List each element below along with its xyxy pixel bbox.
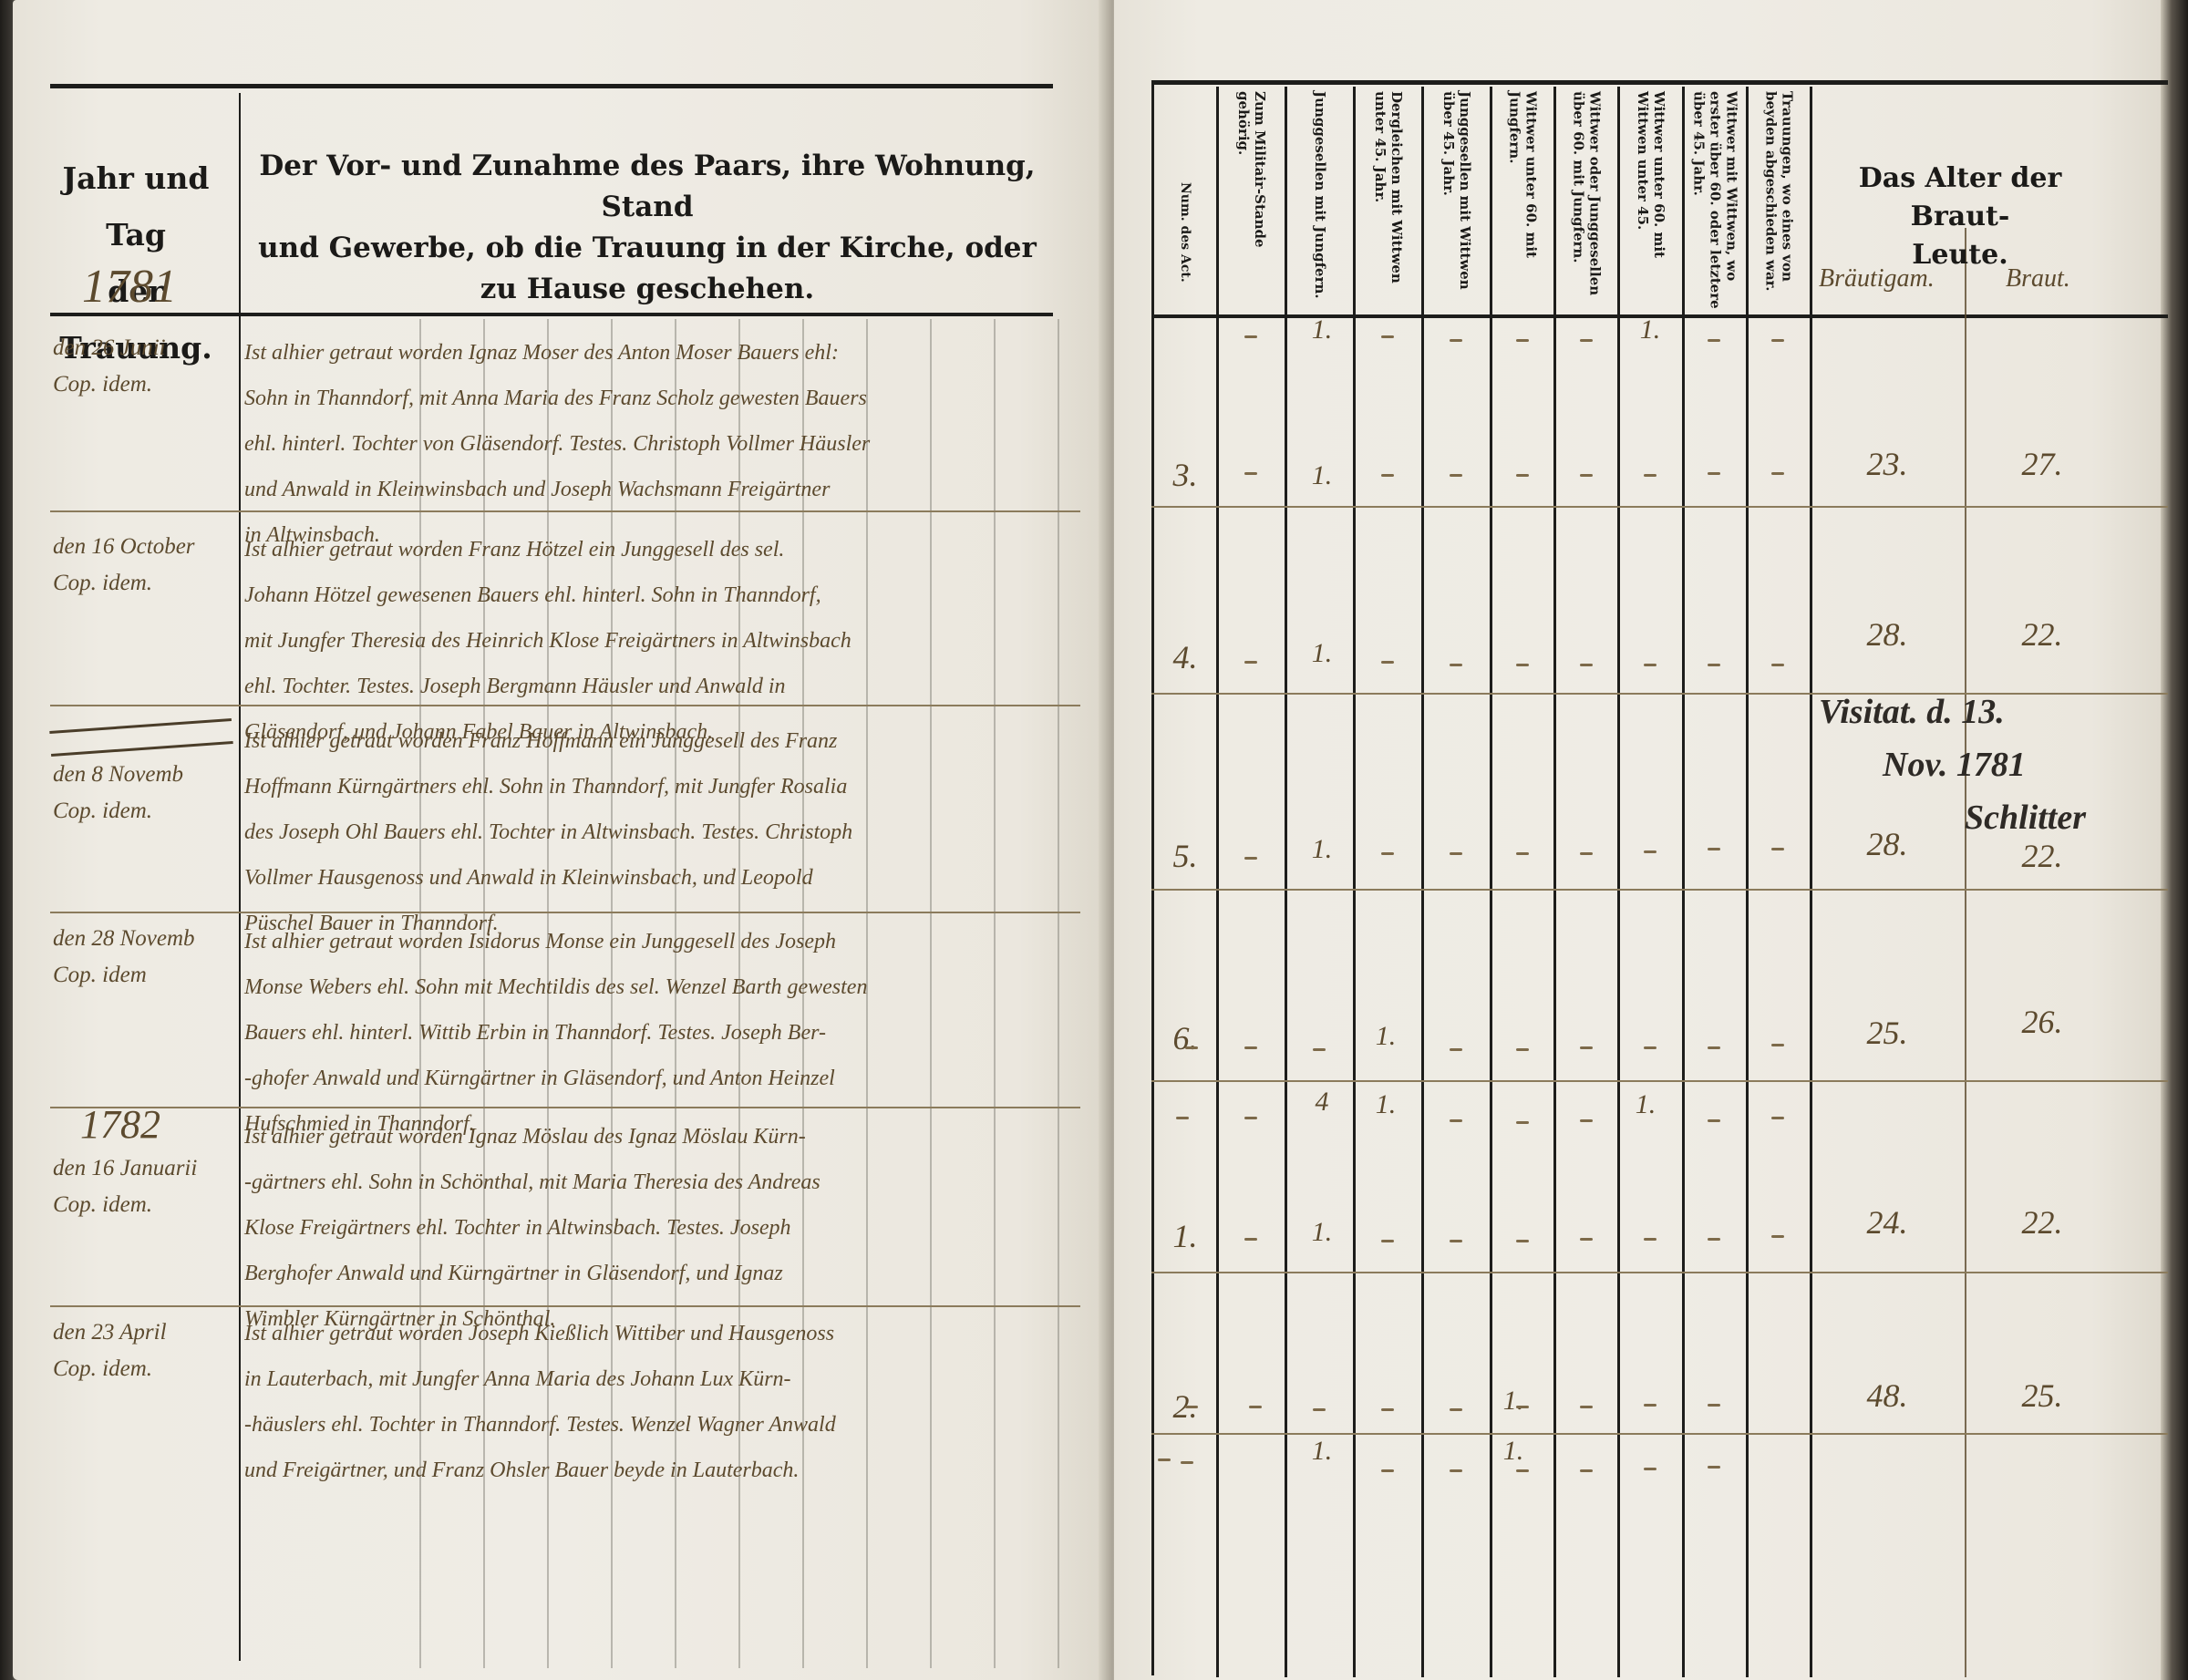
dash-mark bbox=[1185, 1406, 1198, 1408]
groom-age: 28. bbox=[1832, 615, 1942, 654]
header-col-label: Wittwer oder Junggesellen über 60. mit J… bbox=[1571, 91, 1604, 310]
text-line: des Joseph Ohl Bauers ehl. Tochter in Al… bbox=[244, 809, 1074, 855]
dash-mark bbox=[1708, 339, 1720, 342]
mark: 1. bbox=[1495, 1436, 1532, 1467]
dash-mark bbox=[1771, 472, 1784, 475]
dash-mark bbox=[1158, 1458, 1171, 1461]
entry-date: den 28 Novemb Cop. idem bbox=[53, 921, 244, 994]
note-line: Schlitter bbox=[1819, 791, 2086, 844]
dash-mark bbox=[1708, 1466, 1720, 1469]
text-line: Ist alhier getraut worden Joseph Kießlic… bbox=[244, 1311, 1074, 1356]
date-line: den 26 Junii bbox=[53, 330, 244, 366]
text-line: in Lauterbach, mit Jungfer Anna Maria de… bbox=[244, 1356, 1074, 1402]
date-line: Cop. idem. bbox=[53, 366, 244, 403]
entry-date: den 26 Junii Cop. idem. bbox=[53, 330, 244, 403]
year-1782: 1782 bbox=[80, 1101, 160, 1148]
mark: 1. bbox=[1304, 1436, 1340, 1467]
header-col-label: Trauungen, wo eines von beyden abgeschie… bbox=[1763, 91, 1796, 310]
dash-mark bbox=[1580, 1119, 1593, 1122]
bride-age: 22. bbox=[1987, 615, 2097, 654]
act-number: 1. bbox=[1158, 1217, 1213, 1255]
dash-mark bbox=[1381, 1469, 1394, 1472]
dash-mark bbox=[1381, 1240, 1394, 1242]
dash-mark bbox=[1249, 1406, 1262, 1408]
dash-mark bbox=[1244, 1117, 1257, 1119]
left-date-divider bbox=[239, 93, 241, 1661]
header-col-bachelor-maiden: Junggesellen mit Jungfern. bbox=[1287, 91, 1353, 310]
dash-mark bbox=[1771, 1235, 1784, 1238]
text-line: Ist alhier getraut worden Isidorus Monse… bbox=[244, 919, 1074, 964]
date-line: den 8 Novemb bbox=[53, 757, 244, 793]
header-col-military: Zum Militair-Stande gehörig. bbox=[1219, 91, 1285, 310]
text-line: und Freigärtner, und Franz Ohsler Bauer … bbox=[244, 1448, 1074, 1493]
dash-mark bbox=[1450, 1119, 1462, 1122]
dash-mark bbox=[1516, 339, 1529, 342]
header-desc-line: zu Hause geschehen. bbox=[246, 269, 1048, 310]
text-line: ehl. hinterl. Tochter von Gläsendorf. Te… bbox=[244, 421, 1074, 467]
dash-mark bbox=[1450, 1240, 1462, 1242]
header-col-over60-maiden: Wittwer oder Junggesellen über 60. mit J… bbox=[1556, 91, 1617, 310]
bride-age: 26. bbox=[1987, 1003, 2097, 1041]
mark: 1. bbox=[1304, 1217, 1340, 1248]
age-divider bbox=[1965, 228, 1966, 1677]
left-header-top-rule bbox=[50, 84, 1053, 88]
header-desc-line: und Gewerbe, ob die Trauung in der Kirch… bbox=[246, 228, 1048, 269]
mark: 1. bbox=[1632, 314, 1668, 345]
bride-age: 25. bbox=[1987, 1376, 2097, 1415]
dash-mark bbox=[1313, 1048, 1326, 1051]
dash-mark bbox=[1580, 1406, 1593, 1408]
dash-mark bbox=[1516, 1406, 1529, 1408]
date-line: Cop. idem bbox=[53, 957, 244, 994]
text-line: Bauers ehl. hinterl. Wittib Erbin in Tha… bbox=[244, 1010, 1074, 1056]
bride-age: 27. bbox=[1987, 445, 2097, 483]
right-header-top-rule bbox=[1151, 80, 2168, 85]
dash-mark bbox=[1771, 664, 1784, 666]
dash-mark bbox=[1516, 1121, 1529, 1124]
text-line: Johann Hötzel gewesenen Bauers ehl. hint… bbox=[244, 572, 1074, 618]
groom-age: 24. bbox=[1832, 1203, 1942, 1242]
dash-mark bbox=[1516, 664, 1529, 666]
header-col-widow-under45: Dergleichen mit Wittwen unter 45. Jahr. bbox=[1356, 91, 1421, 310]
col-divider bbox=[1216, 87, 1219, 1677]
dash-mark bbox=[1644, 474, 1656, 477]
header-description-column: Der Vor- und Zunahme des Paars, ihre Woh… bbox=[246, 146, 1048, 310]
date-line: den 28 Novemb bbox=[53, 921, 244, 957]
date-line: den 23 April bbox=[53, 1314, 244, 1351]
col-divider bbox=[1490, 87, 1492, 1677]
header-col-label: Junggesellen mit Wittwen über 45. Jahr. bbox=[1440, 91, 1473, 310]
dash-mark bbox=[1771, 1044, 1784, 1046]
header-col-widow-over45: Junggesellen mit Wittwen über 45. Jahr. bbox=[1424, 91, 1490, 310]
header-groom: Bräutigam. bbox=[1819, 264, 1935, 294]
act-number: 5. bbox=[1158, 837, 1213, 875]
entry-date: den 23 April Cop. idem. bbox=[53, 1314, 244, 1387]
dash-mark bbox=[1708, 848, 1720, 850]
text-line: Monse Webers ehl. Sohn mit Mechtildis de… bbox=[244, 964, 1074, 1010]
dash-mark bbox=[1580, 1469, 1593, 1472]
dash-mark bbox=[1644, 1468, 1656, 1470]
col-divider bbox=[1746, 87, 1749, 1677]
text-line: -ghofer Anwald und Kürngärtner in Gläsen… bbox=[244, 1056, 1074, 1101]
dash-mark bbox=[1244, 472, 1257, 475]
dash-mark bbox=[1450, 664, 1462, 666]
text-line: ehl. Tochter. Testes. Joseph Bergmann Hä… bbox=[244, 664, 1074, 709]
col-divider bbox=[1682, 87, 1685, 1677]
entry-text: Ist alhier getraut worden Franz Hoffmann… bbox=[244, 718, 1074, 946]
mark: 1. bbox=[1304, 314, 1340, 345]
mark: 1. bbox=[1304, 460, 1340, 491]
date-line: Cop. idem. bbox=[53, 1351, 244, 1387]
entry-text: Ist alhier getraut worden Ignaz Möslau d… bbox=[244, 1114, 1074, 1342]
dash-mark bbox=[1516, 1048, 1529, 1051]
header-col-widower-under60: Wittwer unter 60. mit Jungfern. bbox=[1492, 91, 1553, 310]
text-line: Hoffmann Kürngärtners ehl. Sohn in Thann… bbox=[244, 764, 1074, 809]
dash-mark bbox=[1580, 664, 1593, 666]
text-line: Klose Freigärtners ehl. Tochter in Altwi… bbox=[244, 1205, 1074, 1251]
header-age-title: Das Alter der Braut- Leute. bbox=[1842, 160, 2079, 274]
text-line: -häuslers ehl. Tochter in Thanndorf. Tes… bbox=[244, 1402, 1074, 1448]
text-line: -gärtners ehl. Sohn in Schönthal, mit Ma… bbox=[244, 1160, 1074, 1205]
groom-age: 25. bbox=[1832, 1014, 1942, 1052]
dash-mark bbox=[1381, 1408, 1394, 1411]
text-line: mit Jungfer Theresia des Heinrich Klose … bbox=[244, 618, 1074, 664]
row-separator bbox=[1151, 1433, 2168, 1435]
header-col-label: Junggesellen mit Jungfern. bbox=[1312, 91, 1328, 299]
text-line: Ist alhier getraut worden Ignaz Moser de… bbox=[244, 330, 1074, 376]
dash-mark bbox=[1580, 852, 1593, 855]
col-divider bbox=[1810, 87, 1812, 1677]
date-line: Cop. idem. bbox=[53, 1187, 244, 1223]
dash-mark bbox=[1450, 852, 1462, 855]
mark: 4 bbox=[1304, 1087, 1340, 1118]
row-separator bbox=[1151, 1080, 2168, 1082]
dash-mark bbox=[1450, 1469, 1462, 1472]
row-separator bbox=[1151, 1272, 2168, 1273]
dash-mark bbox=[1516, 852, 1529, 855]
dash-mark bbox=[1381, 661, 1394, 664]
entry-text: Ist alhier getraut worden Isidorus Monse… bbox=[244, 919, 1074, 1147]
dash-mark bbox=[1381, 335, 1394, 338]
col-divider bbox=[1421, 87, 1424, 1677]
entry-date: den 16 Januarii Cop. idem. bbox=[53, 1150, 244, 1223]
dash-mark bbox=[1644, 850, 1656, 853]
mark: 1. bbox=[1367, 1089, 1404, 1120]
dash-mark bbox=[1516, 474, 1529, 477]
note-line: Visitat. d. 13. bbox=[1819, 685, 2086, 738]
dash-mark bbox=[1516, 1240, 1529, 1242]
header-bride: Braut. bbox=[2006, 264, 2070, 294]
text-line: Berghofer Anwald und Kürngärtner in Gläs… bbox=[244, 1251, 1074, 1296]
dash-mark bbox=[1580, 339, 1593, 342]
dash-mark bbox=[1185, 1046, 1198, 1049]
act-number: 3. bbox=[1158, 456, 1213, 494]
entry-date: den 16 October Cop. idem. bbox=[53, 529, 244, 602]
dash-mark bbox=[1244, 1238, 1257, 1241]
date-line: Cop. idem. bbox=[53, 793, 244, 830]
header-col-widower-widow-older: Wittwer mit Wittwen, wo erster über 60. … bbox=[1685, 91, 1746, 310]
header-date-line: Jahr und Tag bbox=[40, 150, 232, 263]
book-edge-right bbox=[2161, 0, 2188, 1680]
dash-mark bbox=[1580, 474, 1593, 477]
header-col-label: Zum Militair-Stande gehörig. bbox=[1235, 91, 1268, 310]
dash-mark bbox=[1644, 1238, 1656, 1241]
dash-mark bbox=[1708, 1238, 1720, 1241]
dash-mark bbox=[1381, 852, 1394, 855]
groom-age: 48. bbox=[1832, 1376, 1942, 1415]
act-number: 6. bbox=[1158, 1019, 1213, 1057]
dash-mark bbox=[1708, 472, 1720, 475]
dash-mark bbox=[1244, 335, 1257, 338]
mark: 1. bbox=[1304, 834, 1340, 865]
dash-mark bbox=[1708, 1119, 1720, 1122]
dash-mark bbox=[1450, 339, 1462, 342]
dash-mark bbox=[1580, 1046, 1593, 1049]
text-line: und Anwald in Kleinwinsbach und Joseph W… bbox=[244, 467, 1074, 512]
dash-mark bbox=[1516, 1469, 1529, 1472]
dash-mark bbox=[1644, 1404, 1656, 1407]
dash-mark bbox=[1450, 1408, 1462, 1411]
mark: 1. bbox=[1627, 1089, 1664, 1120]
dash-mark bbox=[1771, 1117, 1784, 1119]
date-line: den 16 October bbox=[53, 529, 244, 565]
col-divider bbox=[1151, 80, 1154, 1675]
groom-age: 23. bbox=[1832, 445, 1942, 483]
header-col-label: Num. des Act. bbox=[1177, 182, 1193, 283]
dash-mark bbox=[1450, 474, 1462, 477]
dash-mark bbox=[1381, 474, 1394, 477]
visitation-note: Visitat. d. 13. Nov. 1781 Schlitter bbox=[1819, 685, 2086, 844]
mark: 1. bbox=[1304, 638, 1340, 669]
dash-mark bbox=[1244, 1046, 1257, 1049]
dash-mark bbox=[1313, 1408, 1326, 1411]
header-col-num: Num. des Act. bbox=[1154, 91, 1216, 310]
header-col-label: Wittwer unter 60. mit Jungfern. bbox=[1507, 91, 1540, 310]
mark: 1. bbox=[1367, 1021, 1404, 1052]
dash-mark bbox=[1244, 857, 1257, 860]
text-line: Ist alhier getraut worden Ignaz Möslau d… bbox=[244, 1114, 1074, 1160]
dash-mark bbox=[1181, 1461, 1193, 1464]
text-line: Ist alhier getraut worden Franz Hoffmann… bbox=[244, 718, 1074, 764]
note-line: Nov. 1781 bbox=[1819, 738, 2086, 791]
dash-mark bbox=[1450, 1048, 1462, 1051]
dash-mark bbox=[1771, 339, 1784, 342]
header-col-label: Dergleichen mit Wittwen unter 45. Jahr. bbox=[1372, 91, 1405, 310]
mark: 1. bbox=[1495, 1386, 1532, 1417]
header-desc-line: Der Vor- und Zunahme des Paars, ihre Woh… bbox=[246, 146, 1048, 228]
col-divider bbox=[1553, 87, 1556, 1677]
act-number: 4. bbox=[1158, 638, 1213, 676]
date-line: den 16 Januarii bbox=[53, 1150, 244, 1187]
row-separator bbox=[1151, 889, 2168, 891]
dash-mark bbox=[1708, 1404, 1720, 1407]
text-line: Vollmer Hausgenoss und Anwald in Kleinwi… bbox=[244, 855, 1074, 901]
header-col-divorced: Trauungen, wo eines von beyden abgeschie… bbox=[1749, 91, 1810, 310]
entry-text: Ist alhier getraut worden Ignaz Moser de… bbox=[244, 330, 1074, 558]
text-line: Sohn in Thanndorf, mit Anna Maria des Fr… bbox=[244, 376, 1074, 421]
header-col-widower-widow: Wittwer unter 60. mit Wittwen unter 45. bbox=[1620, 91, 1682, 310]
entry-text: Ist alhier getraut worden Joseph Kießlic… bbox=[244, 1311, 1074, 1493]
date-line: Cop. idem. bbox=[53, 565, 244, 602]
age-title-line: Das Alter der Braut- bbox=[1842, 160, 2079, 236]
text-line: Ist alhier getraut worden Franz Hötzel e… bbox=[244, 527, 1074, 572]
dash-mark bbox=[1708, 1046, 1720, 1049]
header-col-label: Wittwer unter 60. mit Wittwen unter 45. bbox=[1635, 91, 1667, 310]
dash-mark bbox=[1771, 848, 1784, 850]
col-divider bbox=[1285, 87, 1287, 1677]
dash-mark bbox=[1644, 1046, 1656, 1049]
row-separator bbox=[1151, 506, 2168, 508]
dash-mark bbox=[1708, 664, 1720, 666]
col-divider bbox=[1617, 87, 1620, 1677]
dash-mark bbox=[1644, 664, 1656, 666]
bride-age: 22. bbox=[1987, 1203, 2097, 1242]
year-1781: 1781 bbox=[82, 260, 177, 314]
entry-date: den 8 Novemb Cop. idem. bbox=[53, 757, 244, 830]
col-divider bbox=[1353, 87, 1356, 1677]
dash-mark bbox=[1244, 661, 1257, 664]
dash-mark bbox=[1176, 1117, 1189, 1119]
dash-mark bbox=[1580, 1238, 1593, 1241]
header-col-label: Wittwer mit Wittwen, wo erster über 60. … bbox=[1691, 91, 1740, 310]
